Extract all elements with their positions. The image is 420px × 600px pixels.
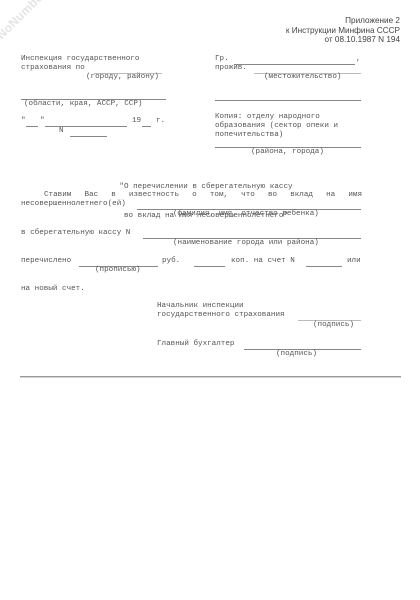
account-number-field[interactable] — [306, 266, 342, 267]
copy-line-3: попечительства) — [215, 131, 283, 141]
appendix-line-1: Приложение 2 — [200, 16, 400, 26]
recipient-field[interactable] — [215, 100, 361, 101]
word: известность — [129, 191, 179, 201]
appendix-reference: Приложение 2 к Инструкции Минфина СССР о… — [200, 16, 400, 45]
head-title-line-2: государственного страхования — [157, 311, 285, 321]
head-signature-hint: (подпись) — [313, 321, 354, 331]
savings-bank-label: в сберегательную кассу N — [21, 229, 130, 239]
number-field[interactable] — [70, 136, 107, 137]
watermark: NoNumber.ru — [0, 0, 60, 42]
word: на — [326, 191, 335, 201]
bottom-divider — [20, 376, 401, 378]
district-city-hint: (района, города) — [251, 148, 324, 158]
appendix-line-2: к Инструкции Минфина СССР — [200, 26, 400, 36]
city-district-hint: (городу, району) — [86, 73, 159, 83]
inspection-name-line-2: страхования по — [21, 64, 85, 74]
date-year-field[interactable] — [142, 126, 151, 127]
citizen-name-field[interactable] — [234, 64, 355, 65]
citizen-comma: , — [356, 55, 361, 65]
residence-hint: (местожительство) — [264, 73, 341, 83]
residing-label: прожив. — [215, 64, 247, 74]
minor-label: несовершеннолетнего(ей) — [21, 200, 126, 210]
savings-bank-hint: (наименование города или района) — [173, 239, 319, 249]
word: что — [241, 191, 255, 201]
child-name-hint: (фамилия, имя, отчество ребенка) — [173, 210, 319, 220]
kop-account-label: коп. на счет N — [231, 257, 295, 267]
date-month-field[interactable] — [45, 126, 127, 127]
kopecks-field[interactable] — [194, 266, 225, 267]
word: во — [268, 191, 277, 201]
word: вклад — [290, 191, 313, 201]
in-words-hint: (прописью) — [95, 266, 141, 276]
date-year-prefix: 19 — [132, 117, 141, 127]
accountant-label: Главный бухгалтер — [157, 340, 234, 350]
date-mid-quote: " — [40, 117, 45, 127]
transferred-label: перечислено — [21, 257, 71, 267]
date-year-suffix: г. — [156, 117, 165, 127]
word: имя — [348, 191, 362, 201]
word: о — [192, 191, 197, 201]
date-day-field[interactable] — [26, 126, 38, 127]
appendix-line-3: от 08.10.1987 N 194 — [200, 35, 400, 45]
accountant-signature-hint: (подпись) — [276, 350, 317, 360]
number-label: N — [59, 127, 64, 137]
rub-label: руб. — [162, 257, 180, 267]
date-open-quote: " — [21, 117, 26, 127]
word: том, — [210, 191, 228, 201]
or-label: или — [347, 257, 361, 267]
region-hint: (области, края, АССР, ССР) — [24, 100, 142, 110]
new-account-text: на новый счет. — [21, 285, 85, 295]
